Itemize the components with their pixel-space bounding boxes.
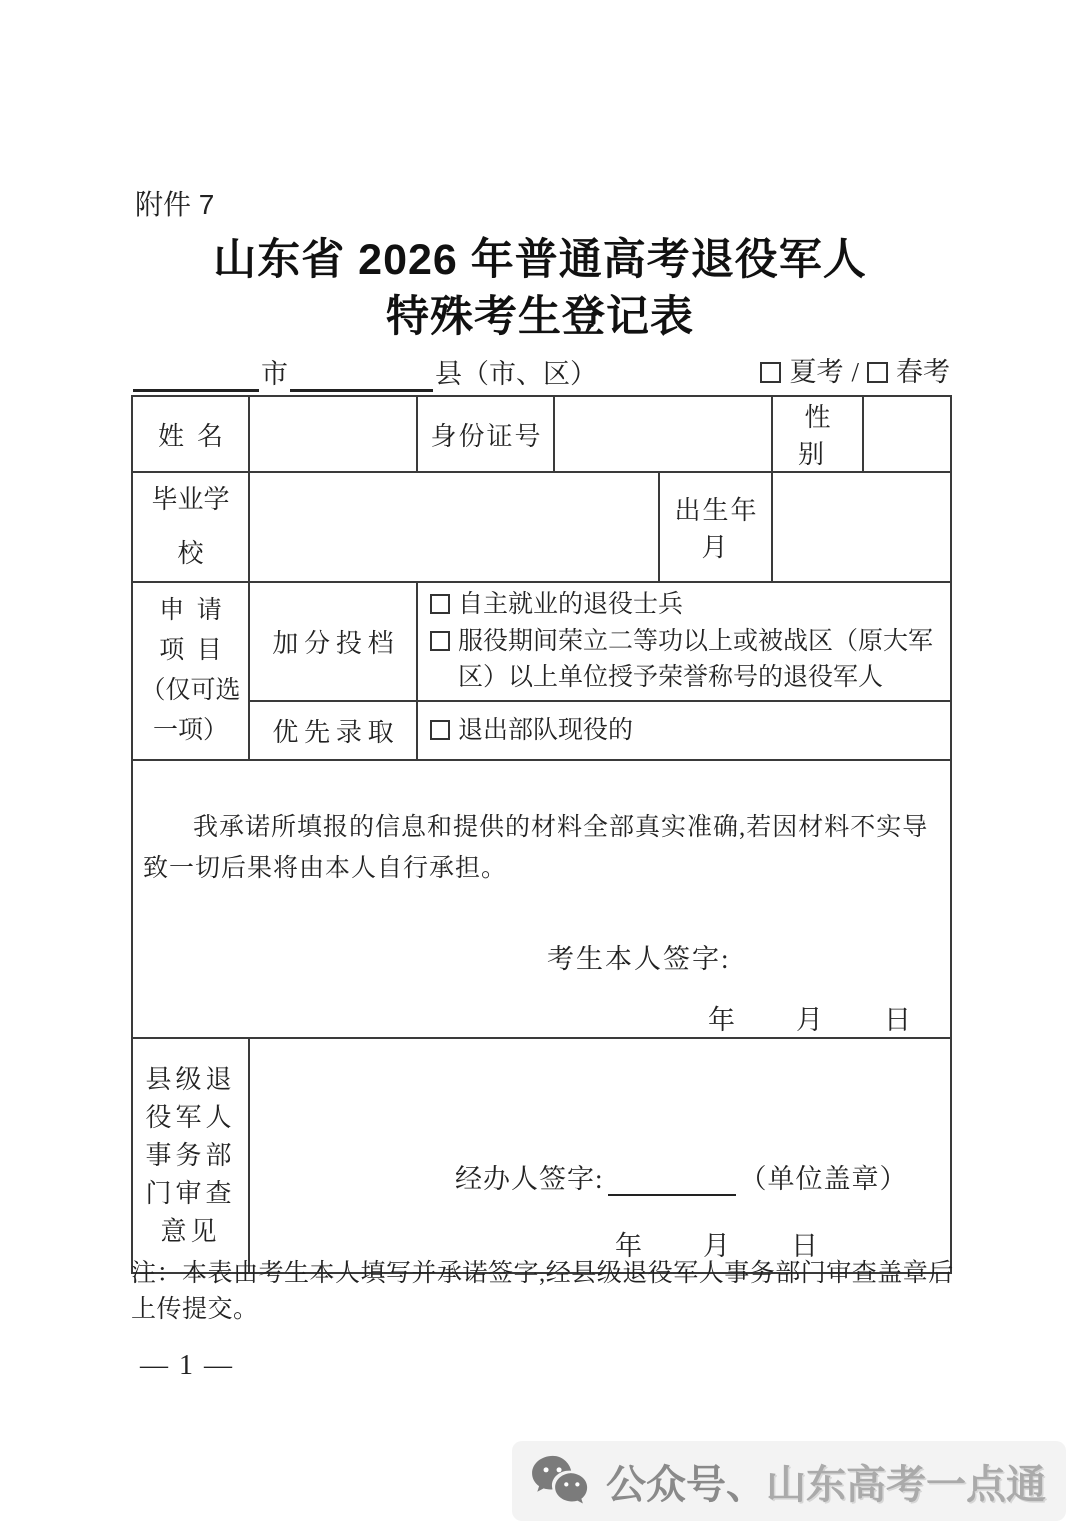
priority-option-1: 退出部队现役的 <box>430 713 942 749</box>
priority-label: 优先录取 <box>249 701 417 760</box>
title-line-1: 山东省 2026 年普通高考退役军人 <box>0 232 1080 289</box>
wechat-icon <box>530 1454 592 1508</box>
page-number: — 1 — <box>140 1350 234 1382</box>
city-blank-field[interactable] <box>133 360 259 392</box>
bonus-option-1-label: 自主就业的退役士兵 <box>458 587 683 623</box>
gender-label: 性别 <box>772 396 863 472</box>
table-row: 申请 项目 （仅可选 一项） 加分投档 自主就业的退役士兵 服役期间荣立二等功以… <box>132 582 951 701</box>
commitment-text: 我承诺所填报的信息和提供的材料全部真实准确,若因材料不实导致一切后果将由本人自行… <box>143 807 940 889</box>
birth-value-cell[interactable] <box>772 472 951 582</box>
locality-line: 市 县（市、区） 夏考 / 春考 <box>131 352 950 392</box>
candidate-sign-label[interactable]: 考生本人签字: <box>143 937 940 976</box>
handler-sign-label: 经办人签字: <box>455 1157 604 1196</box>
review-opinion-label: 县级退 役军人 事务部 门审查 意见 <box>132 1038 249 1273</box>
bonus-option-2: 服役期间荣立二等功以上或被战区（原大军区）以上单位授予荣誉称号的退役军人 <box>430 624 942 696</box>
summer-exam-label: 夏考 <box>789 354 843 390</box>
bonus-option-2-label: 服役期间荣立二等功以上或被战区（原大军区）以上单位授予荣誉称号的退役军人 <box>458 624 942 696</box>
city-label: 市 <box>261 356 288 392</box>
commitment-cell: 我承诺所填报的信息和提供的材料全部真实准确,若因材料不实导致一切后果将由本人自行… <box>132 760 951 1038</box>
bonus-options-cell: 自主就业的退役士兵 服役期间荣立二等功以上或被战区（原大军区）以上单位授予荣誉称… <box>417 582 951 701</box>
table-row: 毕业学 校 出生年月 <box>132 472 951 582</box>
watermark-banner: 公众号、山东高考一点通 <box>512 1441 1066 1521</box>
priority-option-1-label: 退出部队现役的 <box>458 713 633 749</box>
document-page: 附件 7 山东省 2026 年普通高考退役军人 特殊考生登记表 市 县（市、区）… <box>0 0 1080 1527</box>
candidate-date-row[interactable]: 年 月 日 <box>143 998 940 1037</box>
handler-sign-row: 经办人签字: （单位盖章） <box>250 1157 950 1196</box>
priority-option-1-checkbox[interactable] <box>430 720 450 740</box>
spring-exam-checkbox[interactable] <box>867 362 888 383</box>
priority-options-cell: 退出部队现役的 <box>417 701 951 760</box>
attachment-label: 附件 7 <box>135 183 214 223</box>
table-row: 县级退 役军人 事务部 门审查 意见 经办人签字: （单位盖章） 年 月 日 <box>132 1038 951 1273</box>
handler-sign-blank-field[interactable] <box>608 1166 736 1196</box>
county-label: 县（市、区） <box>435 356 597 392</box>
name-value-cell[interactable] <box>249 396 417 472</box>
footnote: 注：本表由考生本人填写并承诺签字,经县级退役军人事务部门审查盖章后上传提交。 <box>131 1253 966 1325</box>
watermark-prefix: 公众号、 <box>606 1463 766 1507</box>
title-line-2: 特殊考生登记表 <box>0 289 1080 346</box>
school-value-cell[interactable] <box>249 472 659 582</box>
registration-table: 姓名 身份证号 性别 毕业学 校 出生年月 申请 项目 （仅可选 一项） 加分投… <box>131 395 952 1274</box>
bonus-option-1: 自主就业的退役士兵 <box>430 587 942 623</box>
spring-exam-label: 春考 <box>896 354 950 390</box>
table-row: 我承诺所填报的信息和提供的材料全部真实准确,若因材料不实导致一切后果将由本人自行… <box>132 760 951 1038</box>
bonus-option-1-checkbox[interactable] <box>430 594 450 614</box>
exam-separator: / <box>851 354 859 390</box>
name-label: 姓名 <box>132 396 249 472</box>
bonus-option-2-checkbox[interactable] <box>430 631 450 651</box>
exam-type-group: 夏考 / 春考 <box>760 354 950 392</box>
county-blank-field[interactable] <box>290 360 433 392</box>
watermark-name: 山东高考一点通 <box>766 1463 1046 1507</box>
unit-seal-label: （单位盖章） <box>740 1157 908 1196</box>
bonus-label: 加分投档 <box>249 582 417 701</box>
day-label: 日 <box>884 998 911 1037</box>
school-label: 毕业学 校 <box>132 472 249 582</box>
table-row: 姓名 身份证号 性别 <box>132 396 951 472</box>
table-row: 优先录取 退出部队现役的 <box>132 701 951 760</box>
year-label: 年 <box>708 998 735 1037</box>
month-label: 月 <box>796 998 823 1037</box>
apply-project-label: 申请 项目 （仅可选 一项） <box>132 582 249 760</box>
watermark-text: 公众号、山东高考一点通 <box>606 1453 1046 1510</box>
document-title: 山东省 2026 年普通高考退役军人 特殊考生登记表 <box>0 232 1080 346</box>
summer-exam-checkbox[interactable] <box>760 362 781 383</box>
review-opinion-cell: 经办人签字: （单位盖章） 年 月 日 <box>249 1038 951 1273</box>
gender-value-cell[interactable] <box>863 396 951 472</box>
id-number-value-cell[interactable] <box>554 396 772 472</box>
birth-label: 出生年月 <box>659 472 772 582</box>
id-number-label: 身份证号 <box>417 396 554 472</box>
